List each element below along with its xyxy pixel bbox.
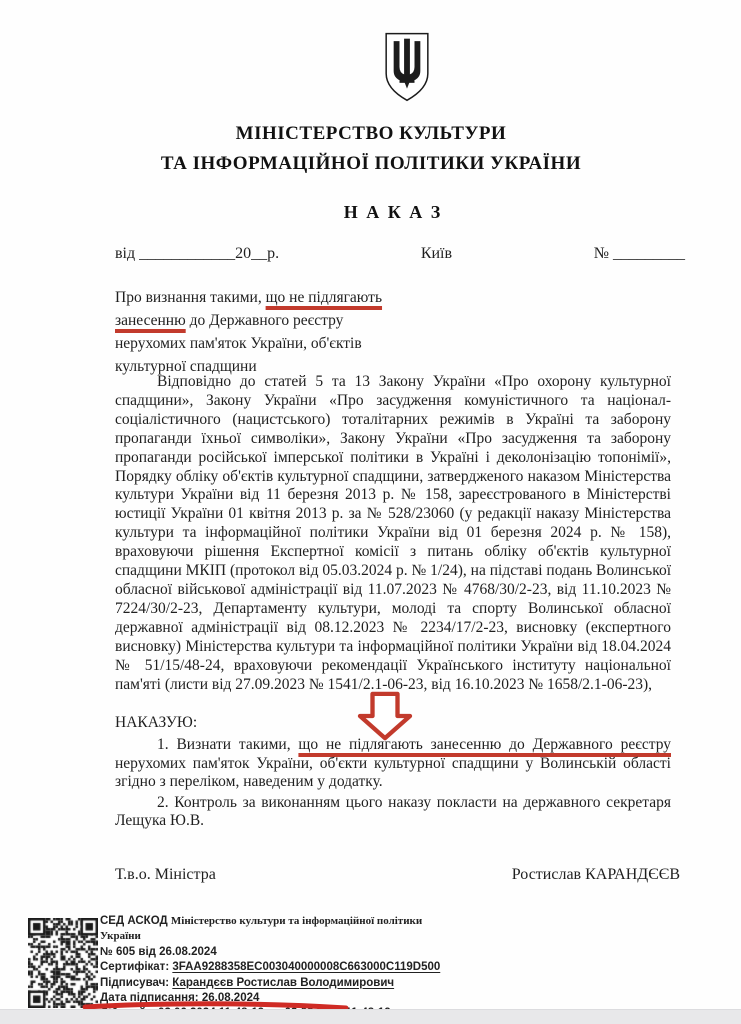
certificate-label: Сертифікат:: [100, 961, 172, 973]
subject-paragraph: Про визнання такими, що не підлягають за…: [115, 286, 387, 378]
ministry-line1: МІНІСТЕРСТВО КУЛЬТУРИ: [0, 119, 741, 149]
order-item-1: 1. Визнати такими, що не підлягають зане…: [115, 736, 671, 792]
item1-text: 1. Визнати такими,: [157, 736, 298, 753]
stamp-certificate-row: Сертифікат: 3FAA9288358EC003040000008C66…: [100, 960, 450, 975]
ministry-line2: ТА ІНФОРМАЦІЙНОЇ ПОЛІТИКИ УКРАЇНИ: [0, 149, 741, 179]
stamp-line-system: СЕД АСКОД Міністерство культури та інфор…: [100, 914, 450, 945]
order-items: 1. Визнати такими, що не підлягають зане…: [115, 736, 671, 833]
signer-name: Ростислав КАРАНДЄЄВ: [512, 866, 680, 884]
coat-of-arms-trident-icon: [382, 30, 432, 104]
body-paragraph: Відповідно до статей 5 та 13 Закону Укра…: [115, 373, 671, 694]
stamp-signer-row: Підписувач: Карандєєв Ростислав Володими…: [100, 976, 450, 991]
qr-code-icon: [28, 918, 98, 1008]
order-item-2: 2. Контроль за виконанням цього наказу п…: [115, 794, 671, 831]
decree-label: НАКАЗУЮ:: [115, 714, 197, 732]
subject-text: Про визнання такими,: [115, 289, 266, 306]
stamp-system: СЕД АСКОД: [100, 915, 171, 927]
red-down-arrow-icon: [356, 691, 414, 741]
stamp-doc-number: № 605 від 26.08.2024: [100, 945, 450, 960]
ministry-name: МІНІСТЕРСТВО КУЛЬТУРИ ТА ІНФОРМАЦІЙНОЇ П…: [0, 119, 741, 179]
doc-type-title: Н А К А З: [115, 202, 671, 223]
item1-text-rest: нерухомих пам'яток України, об'єкти куль…: [115, 755, 671, 791]
stamp-signer-label: Підписувач:: [100, 977, 172, 989]
certificate-value: 3FAA9288358EC003040000008C663000C119D500: [172, 961, 440, 973]
item1-red-underlined-text: що не підлягають занесенню до Державного…: [298, 736, 671, 753]
date-blank: від ____________20__р.: [115, 245, 279, 263]
date-line: від ____________20__р. Київ № _________: [115, 245, 685, 263]
city-label: Київ: [421, 245, 452, 263]
document-page: МІНІСТЕРСТВО КУЛЬТУРИ ТА ІНФОРМАЦІЙНОЇ П…: [0, 0, 741, 1024]
signer-position: Т.в.о. Міністра: [115, 866, 216, 884]
page-bottom-edge: [0, 1009, 741, 1024]
signature-row: Т.в.о. Міністра Ростислав КАРАНДЄЄВ: [115, 866, 680, 884]
stamp-signer-value: Карандєєв Ростислав Володимирович: [172, 977, 394, 989]
number-blank: № _________: [594, 245, 685, 263]
